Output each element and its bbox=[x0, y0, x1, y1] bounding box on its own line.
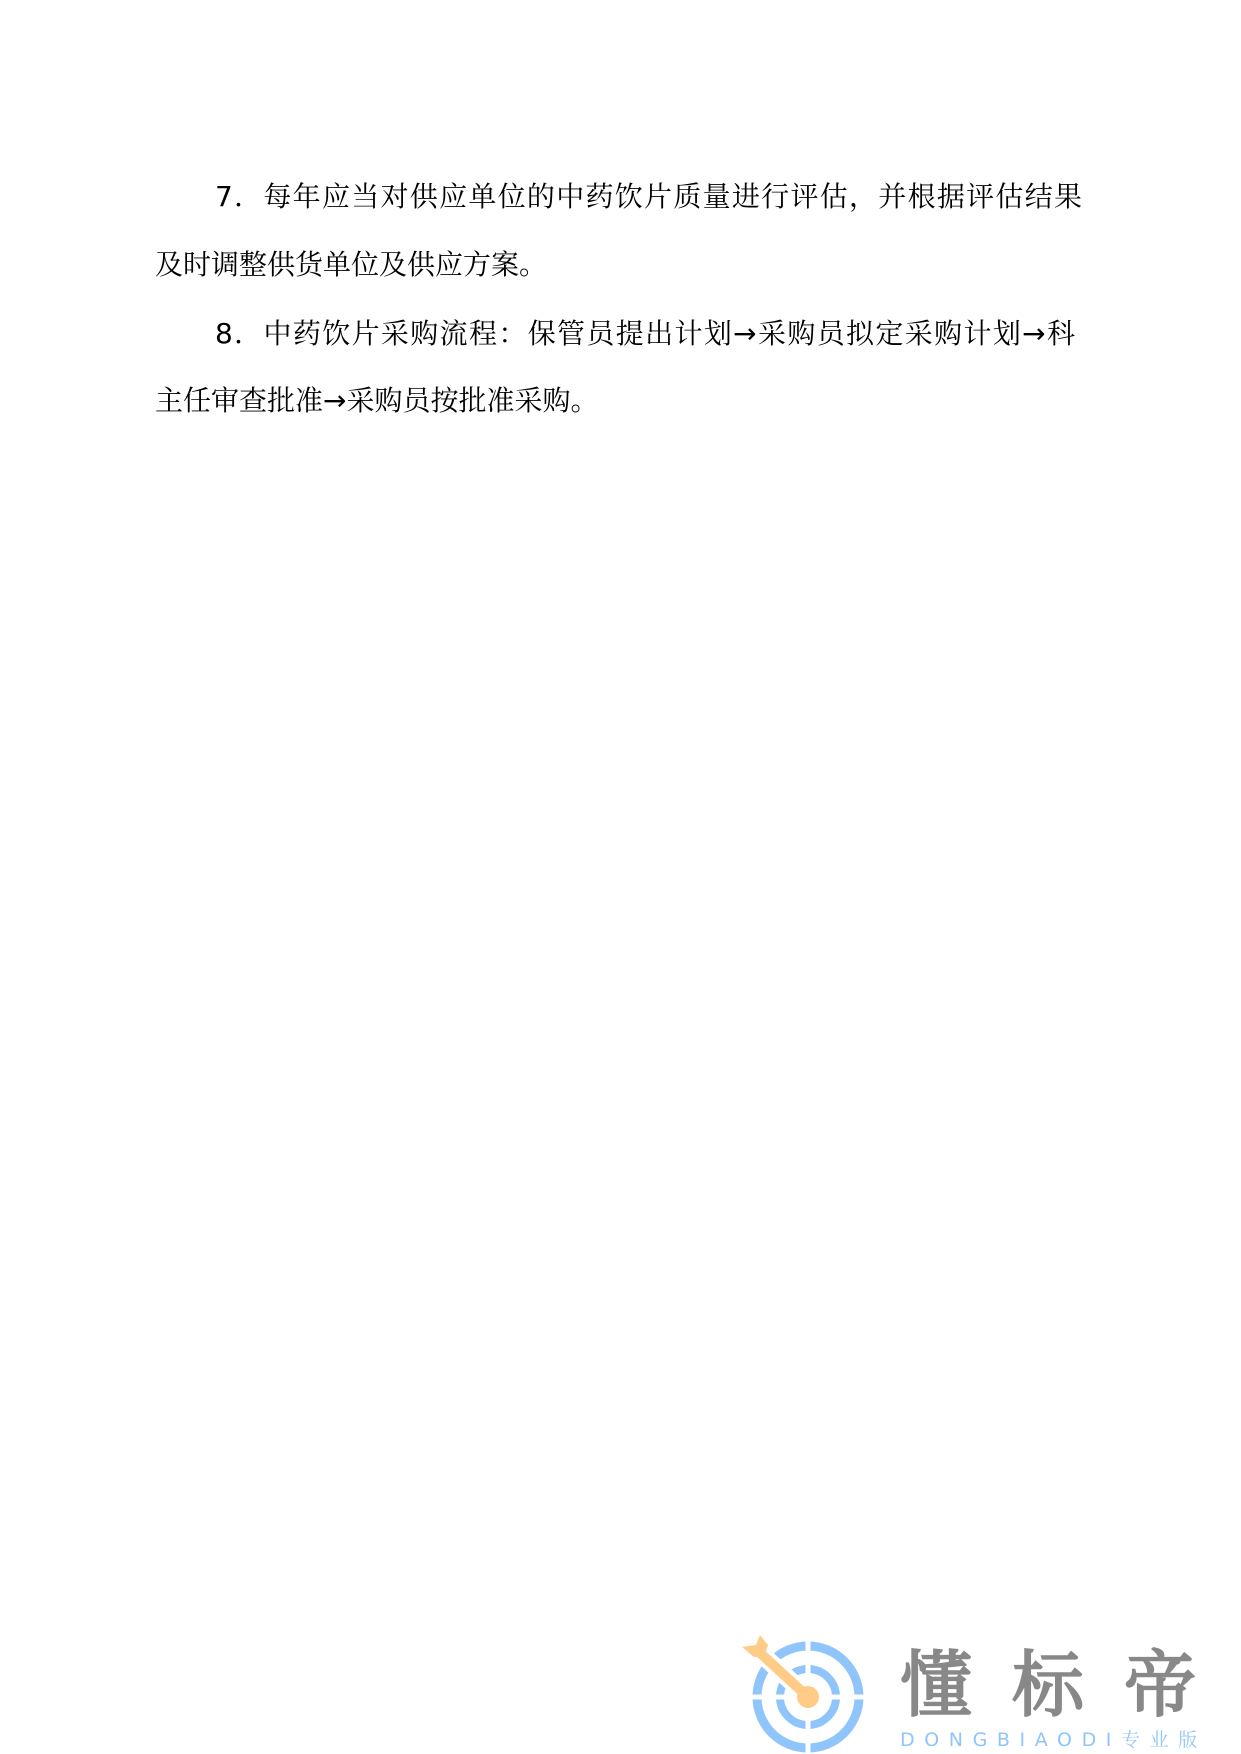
paragraph-8-line-1: 8．中药饮片采购流程：保管员提出计划→采购员拟定采购计划→科 bbox=[215, 317, 1075, 351]
paragraph-8-line-2: 主任审查批准→采购员按批准采购。 bbox=[155, 384, 598, 418]
paragraph-7-line-2: 及时调整供货单位及供应方案。 bbox=[155, 248, 547, 282]
paragraph-7-line-1: 7．每年应当对供应单位的中药饮片质量进行评估，并根据评估结果 bbox=[215, 180, 1082, 214]
document-page: 7．每年应当对供应单位的中药饮片质量进行评估，并根据评估结果 及时调整供货单位及… bbox=[0, 0, 1241, 1754]
watermark-logo: 懂标帝 DONGBIAODI专业版 bbox=[740, 1636, 1241, 1754]
watermark-subtitle: DONGBIAODI专业版 bbox=[900, 1729, 1207, 1751]
target-arrow-icon bbox=[740, 1636, 870, 1754]
watermark-title: 懂标帝 bbox=[900, 1648, 1210, 1722]
